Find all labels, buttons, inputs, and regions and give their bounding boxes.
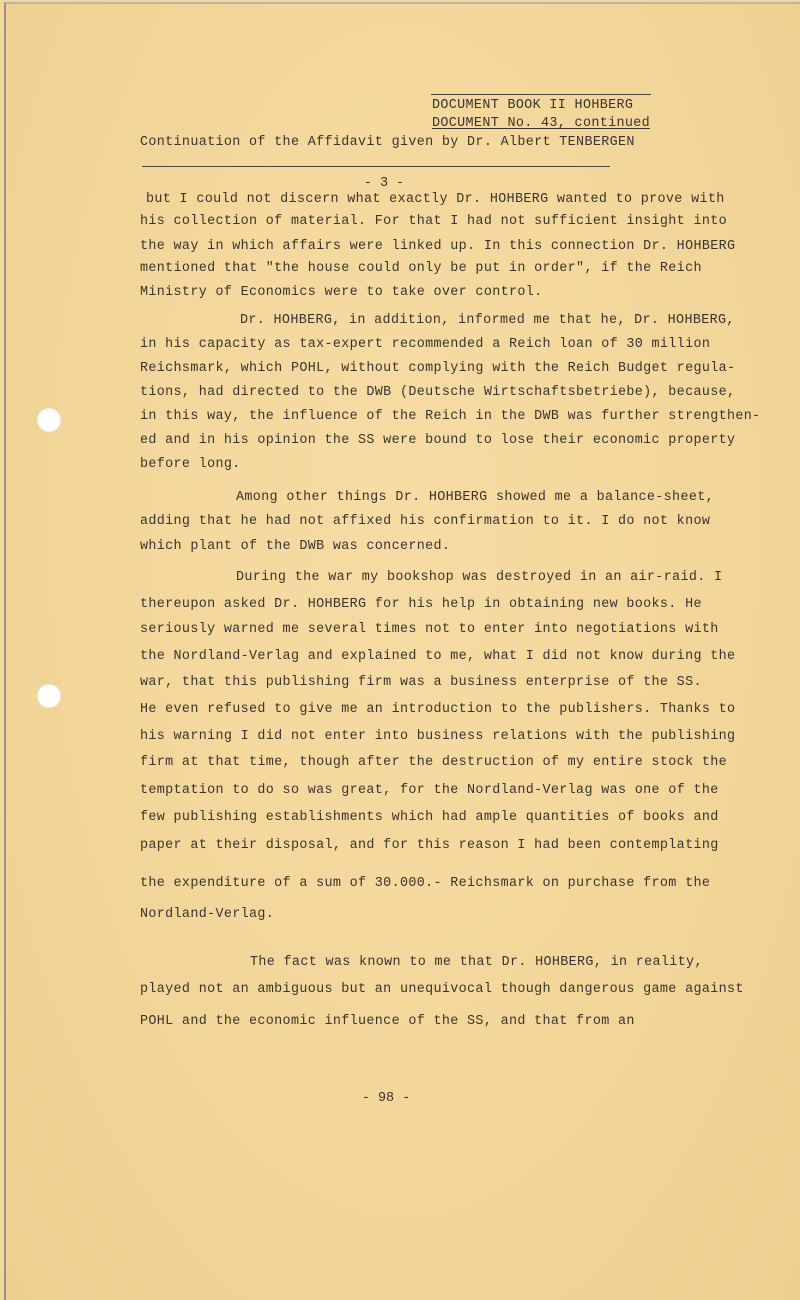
footer-page-number: - 98 - bbox=[0, 1091, 784, 1106]
text-line: Among other things Dr. HOHBERG showed me… bbox=[236, 490, 714, 505]
text-line: the expenditure of a sum of 30.000.- Rei… bbox=[140, 876, 710, 891]
text-line: his warning I did not enter into busines… bbox=[140, 729, 735, 744]
text-line: seriously warned me several times not to… bbox=[140, 622, 719, 637]
text-line: He even refused to give me an introducti… bbox=[140, 702, 735, 717]
text-line: Reichsmark, which POHL, without complyin… bbox=[140, 361, 735, 376]
text-line: which plant of the DWB was concerned. bbox=[140, 539, 450, 554]
text-line: ed and in his opinion the SS were bound … bbox=[140, 433, 735, 448]
text-line: firm at that time, though after the dest… bbox=[140, 755, 727, 770]
text-line: tions, had directed to the DWB (Deutsche… bbox=[140, 385, 735, 400]
text-line: the Nordland-Verlag and explained to me,… bbox=[140, 649, 735, 664]
text-line: played not an ambiguous but an unequivoc… bbox=[140, 982, 744, 997]
text-line: but I could not discern what exactly Dr.… bbox=[146, 192, 725, 207]
text-line: mentioned that "the house could only be … bbox=[140, 261, 702, 276]
text-line: in this way, the influence of the Reich … bbox=[140, 409, 761, 424]
text-line: The fact was known to me that Dr. HOHBER… bbox=[250, 955, 703, 970]
text-line: few publishing establishments which had … bbox=[140, 810, 719, 825]
text-line: the way in which affairs were linked up.… bbox=[140, 239, 735, 254]
text-line: POHL and the economic influence of the S… bbox=[140, 1014, 635, 1029]
text-line: temptation to do so was great, for the N… bbox=[140, 783, 719, 798]
text-line: Ministry of Economics were to take over … bbox=[140, 285, 543, 300]
text-line: paper at their disposal, and for this re… bbox=[140, 838, 719, 853]
text-line: adding that he had not affixed his confi… bbox=[140, 514, 710, 529]
document-page: DOCUMENT BOOK II HOHBERG DOCUMENT No. 43… bbox=[4, 2, 800, 1300]
text-line: thereupon asked Dr. HOHBERG for his help… bbox=[140, 597, 702, 612]
text-line: Dr. HOHBERG, in addition, informed me th… bbox=[240, 313, 735, 328]
text-line: before long. bbox=[140, 457, 241, 472]
text-line: his collection of material. For that I h… bbox=[140, 214, 727, 229]
text-line: in his capacity as tax-expert recommende… bbox=[140, 337, 710, 352]
text-line: Nordland-Verlag. bbox=[140, 907, 274, 922]
text-line: During the war my bookshop was destroyed… bbox=[236, 570, 722, 585]
text-line: war, that this publishing firm was a bus… bbox=[140, 675, 702, 690]
